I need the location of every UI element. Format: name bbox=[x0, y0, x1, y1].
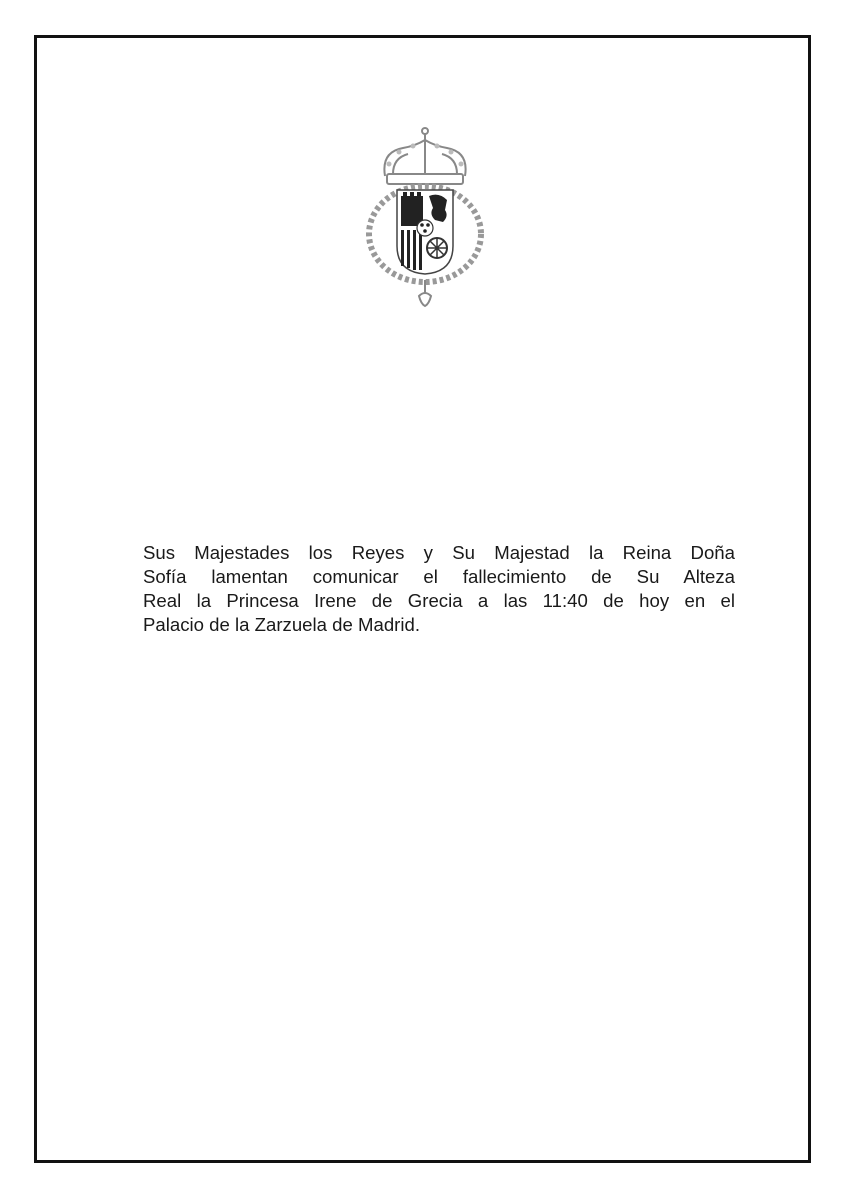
statement-line: Sus Majestades los Reyes y Su Majestad l… bbox=[143, 541, 735, 565]
royal-coat-of-arms-icon bbox=[363, 124, 487, 310]
statement-line: Real la Princesa Irene de Grecia a las 1… bbox=[143, 589, 735, 613]
statement-line: Sofía lamentan comunicar el fallecimient… bbox=[143, 565, 735, 589]
statement-line: Palacio de la Zarzuela de Madrid. bbox=[143, 613, 735, 637]
announcement-text: Sus Majestades los Reyes y Su Majestad l… bbox=[143, 541, 735, 637]
